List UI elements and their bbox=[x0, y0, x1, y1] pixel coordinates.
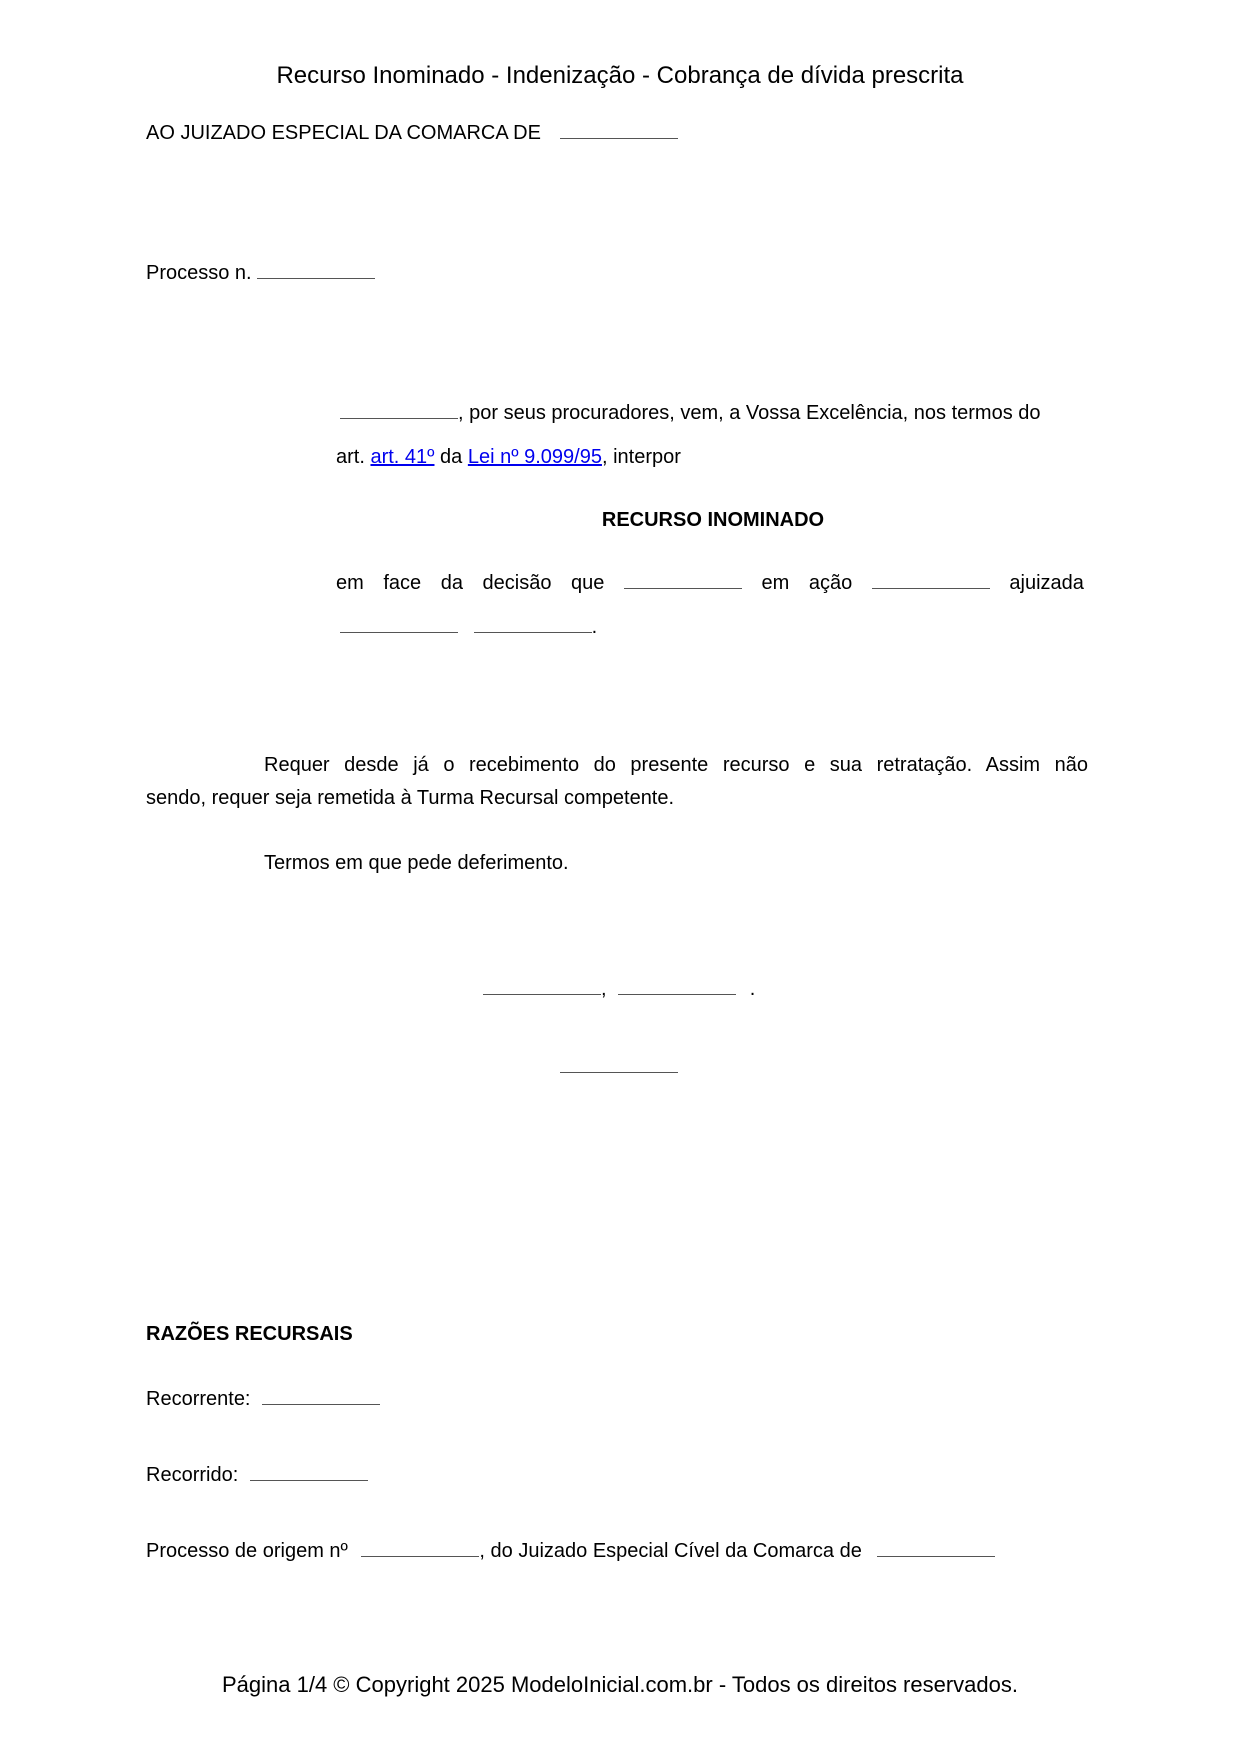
origin-number-blank bbox=[361, 1555, 479, 1557]
appellant-name-blank bbox=[340, 417, 458, 419]
decision-acao: ação bbox=[809, 572, 852, 595]
filing-blank-2 bbox=[474, 631, 592, 633]
intro-line-2: art. art. 41º da Lei nº 9.099/95, interp… bbox=[336, 446, 681, 469]
place-date-line: , . bbox=[483, 978, 755, 1001]
addressee-text: AO JUIZADO ESPECIAL DA COMARCA DE bbox=[146, 122, 541, 144]
lei-9099-link[interactable]: Lei nº 9.099/95 bbox=[468, 446, 602, 468]
appellant-line: Recorrente: bbox=[146, 1388, 380, 1411]
origin-comarca-blank bbox=[877, 1555, 995, 1557]
addressee-line: AO JUIZADO ESPECIAL DA COMARCA DE bbox=[146, 122, 678, 145]
appellee-blank bbox=[250, 1479, 368, 1481]
reasons-heading: RAZÕES RECURSAIS bbox=[146, 1323, 353, 1346]
appellant-blank bbox=[262, 1403, 380, 1405]
place-date-period: . bbox=[750, 978, 756, 1000]
decision-blank bbox=[624, 587, 742, 589]
origin-process-line: Processo de origem nº , do Juizado Espec… bbox=[146, 1540, 995, 1563]
page-footer: Página 1/4 © Copyright 2025 ModeloInicia… bbox=[0, 1672, 1240, 1698]
intro-interpor: , interpor bbox=[602, 446, 681, 468]
origin-prefix: Processo de origem nº bbox=[146, 1540, 348, 1562]
decision-period: . bbox=[592, 616, 598, 638]
intro-art-prefix: art. bbox=[336, 446, 365, 468]
process-number-line: Processo n. bbox=[146, 262, 375, 285]
decision-word: decisão bbox=[483, 572, 552, 595]
request-continuation: sendo, requer seja remetida à Turma Recu… bbox=[146, 787, 674, 810]
place-blank bbox=[483, 993, 601, 995]
signature-line bbox=[560, 1056, 678, 1079]
intro-line-1: , por seus procuradores, vem, a Vossa Ex… bbox=[336, 402, 1088, 425]
comarca-blank bbox=[560, 137, 678, 139]
process-label: Processo n. bbox=[146, 262, 252, 284]
appeal-heading: RECURSO INOMINADO bbox=[0, 509, 1240, 532]
appellee-line: Recorrido: bbox=[146, 1464, 368, 1487]
action-blank bbox=[872, 587, 990, 589]
intro-text: , por seus procuradores, vem, a Vossa Ex… bbox=[458, 402, 1041, 424]
decision-word: que bbox=[571, 572, 604, 595]
signature-blank bbox=[560, 1071, 678, 1073]
decision-word: da bbox=[441, 572, 463, 595]
decision-word: face bbox=[383, 572, 421, 595]
decision-word: em bbox=[336, 572, 364, 595]
art-41-link[interactable]: art. 41º bbox=[370, 446, 434, 468]
filing-blank-1 bbox=[340, 631, 458, 633]
process-number-blank bbox=[257, 277, 375, 279]
decision-line-1: em face da decisão que em ação ajuizada bbox=[336, 572, 1084, 595]
request-line-1: Requer desde já o recebimento do present… bbox=[264, 754, 1088, 777]
appellant-label: Recorrente: bbox=[146, 1388, 251, 1410]
closing-text: Termos em que pede deferimento. bbox=[264, 852, 569, 875]
decision-line-2: . bbox=[340, 616, 597, 639]
decision-ajuizada: ajuizada bbox=[1009, 572, 1084, 595]
date-blank bbox=[618, 993, 736, 995]
place-date-comma: , bbox=[601, 978, 607, 1000]
origin-mid: , do Juizado Especial Cível da Comarca d… bbox=[479, 1540, 861, 1562]
intro-da: da bbox=[440, 446, 462, 468]
request-paragraph: Requer desde já o recebimento do present… bbox=[264, 754, 1088, 777]
document-title: Recurso Inominado - Indenização - Cobran… bbox=[0, 62, 1240, 90]
decision-em: em bbox=[762, 572, 790, 595]
appellee-label: Recorrido: bbox=[146, 1464, 238, 1486]
